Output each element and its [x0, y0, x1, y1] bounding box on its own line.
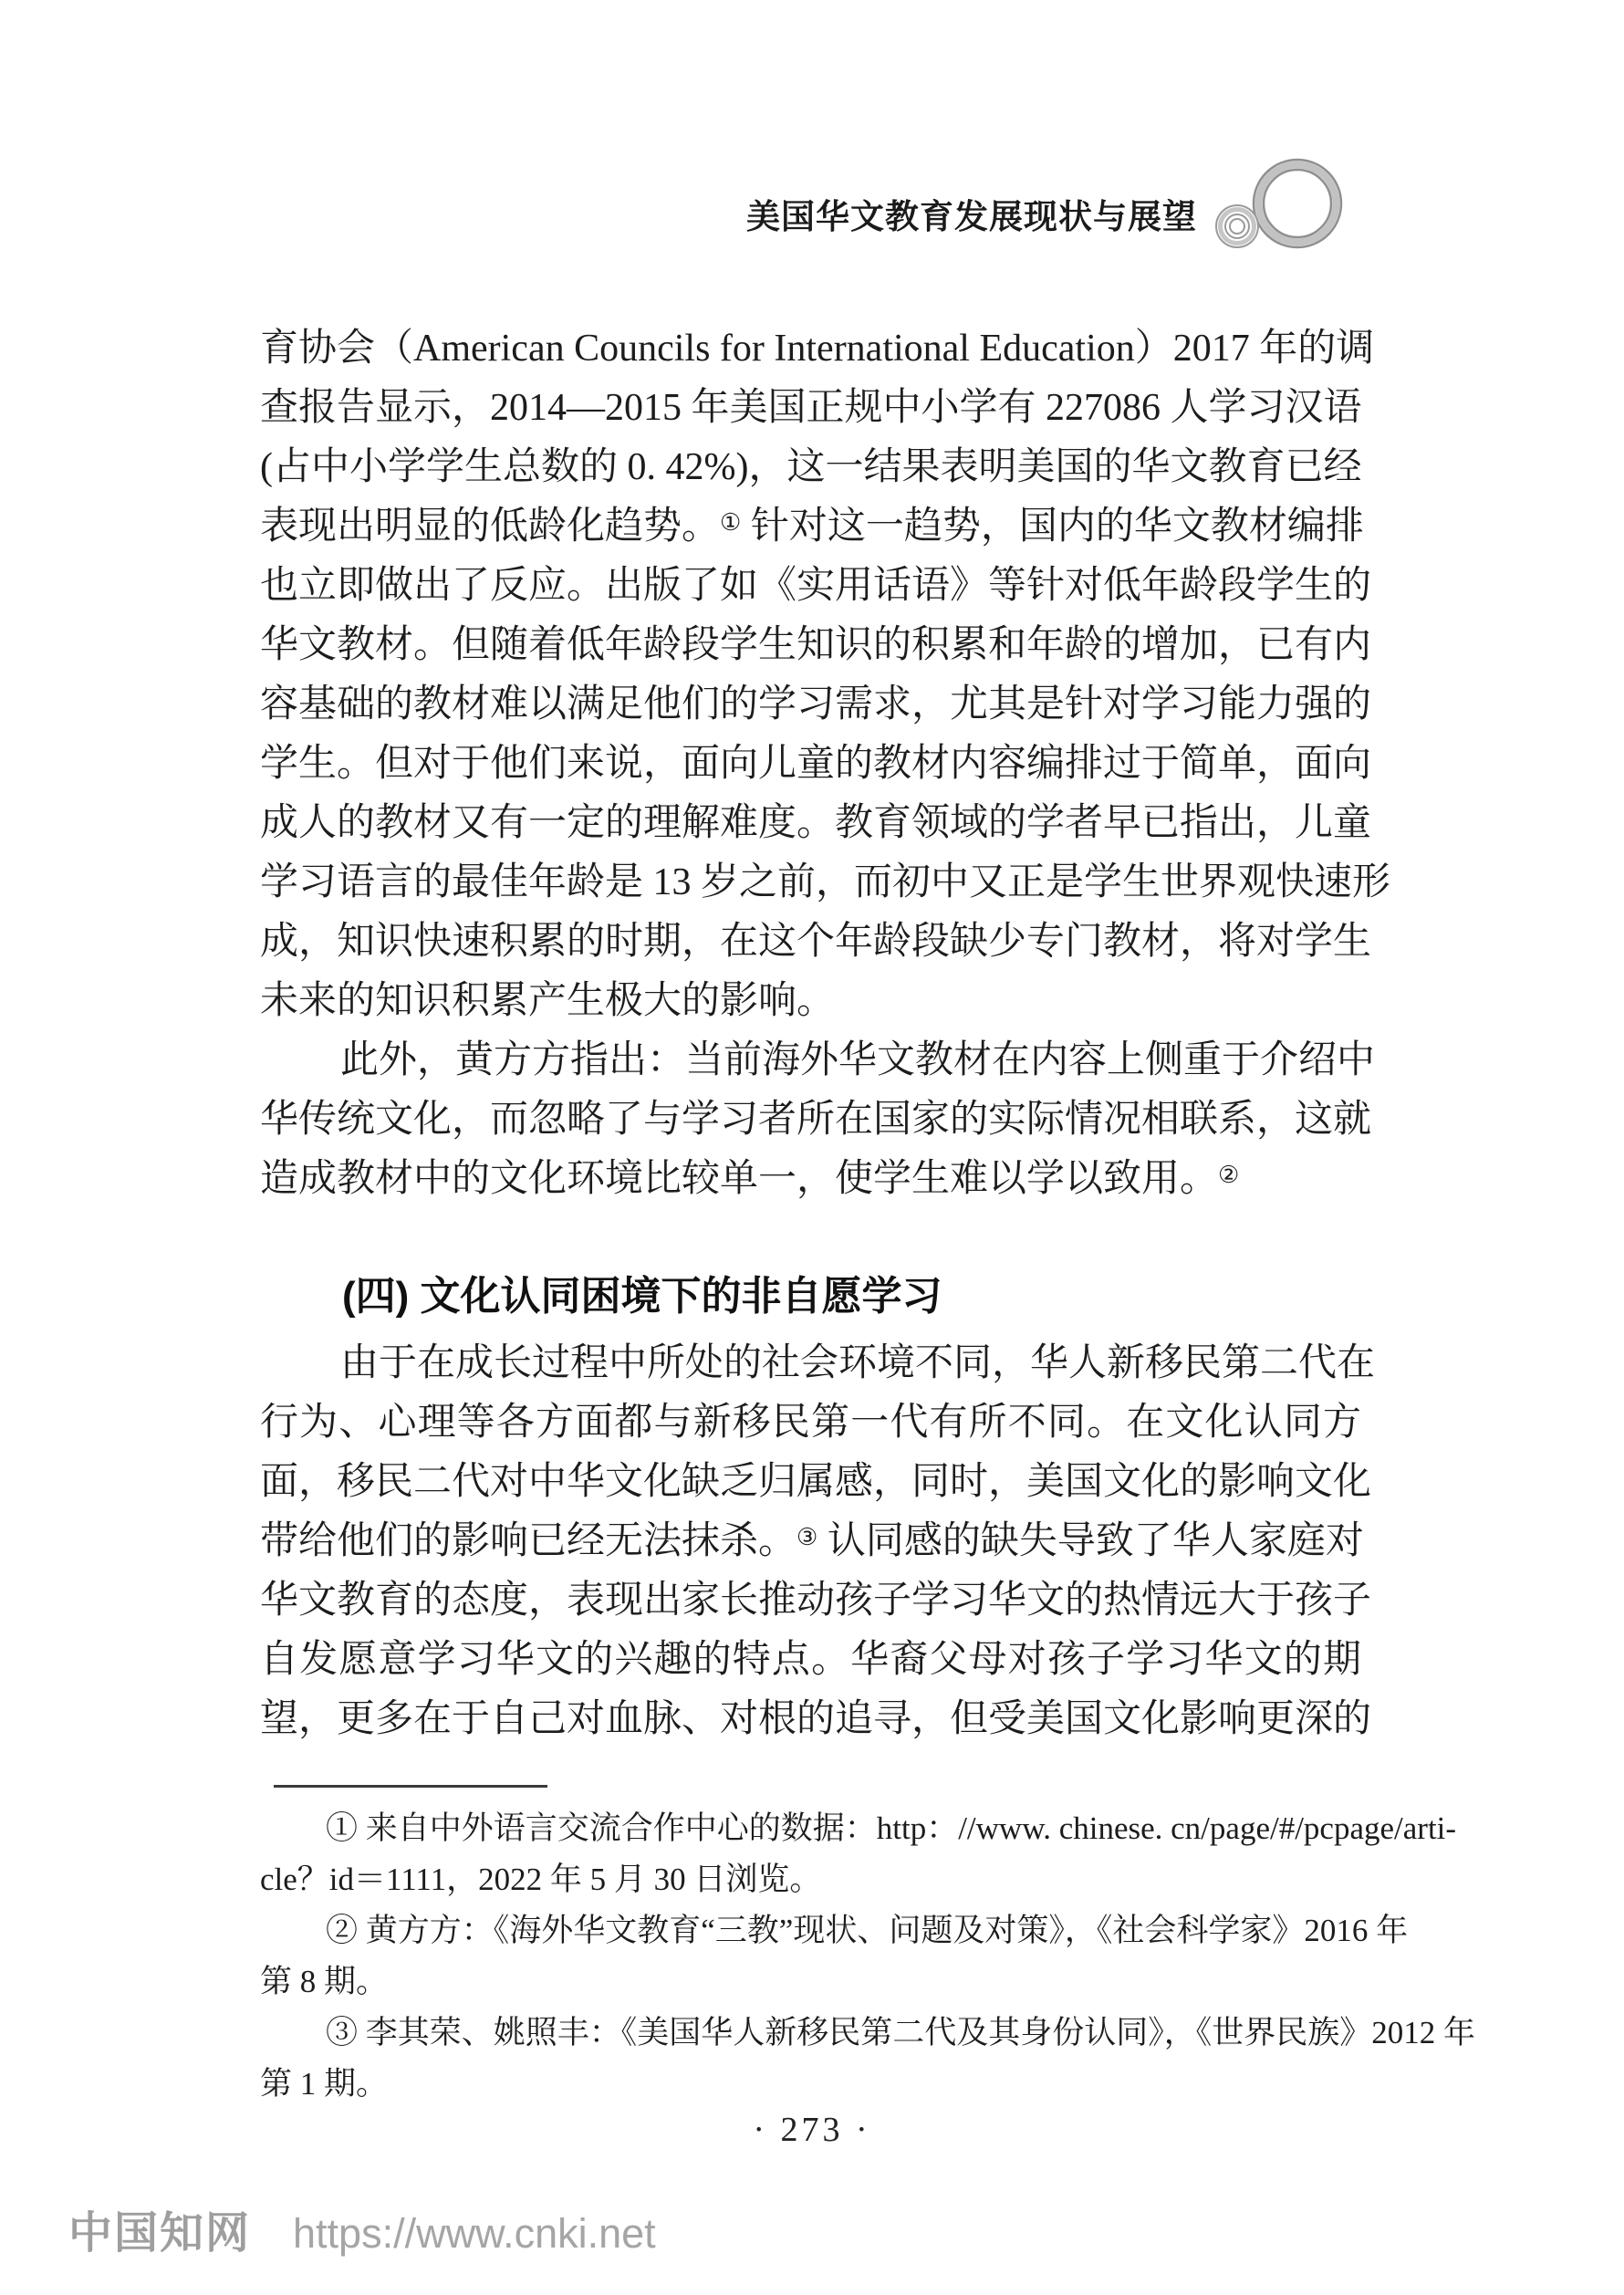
footnote-separator	[274, 1785, 547, 1788]
footnote-ref: ②	[1218, 1162, 1239, 1188]
body-line: 望，更多在于自己对血脉、对根的追寻，但受美国文化影响更深的	[260, 1690, 1361, 1749]
body-line: 容基础的教材难以满足他们的学习需求，尤其是针对学习能力强的	[260, 675, 1361, 735]
body-line: 华传统文化，而忽略了与学习者所在国家的实际情况相联系，这就	[260, 1090, 1361, 1150]
body-line: 成，知识快速积累的时期，在这个年龄段缺少专门教材，将对学生	[260, 913, 1361, 972]
body-line: 育协会（American Councils for International …	[260, 319, 1361, 379]
body-text-block-1: 育协会（American Councils for International …	[260, 319, 1361, 1209]
body-line: 成人的教材又有一定的理解难度。教育领域的学者早已指出，儿童	[260, 794, 1361, 853]
body-line: 查报告显示，2014—2015 年美国正规中小学有 227086 人学习汉语	[260, 379, 1361, 438]
body-line: 也立即做出了反应。出版了如《实用话语》等针对低年龄段学生的	[260, 557, 1361, 616]
rings-logo-icon	[1213, 153, 1350, 274]
cnki-brand-watermark: 中国知网	[68, 2197, 251, 2260]
cnki-url-watermark: https://www.cnki.net	[293, 2210, 656, 2258]
footnote-ref: ③	[796, 1524, 817, 1550]
page-number: · 273 ·	[0, 2110, 1624, 2150]
footnote-line: 第 8 期。	[260, 1956, 1361, 2008]
body-line: 表现出明显的低龄化趋势。① 针对这一趋势，国内的华文教材编排	[260, 497, 1361, 557]
page-header: 美国华文教育发展现状与展望	[746, 153, 1350, 274]
body-line: 华文教材。但随着低年龄段学生知识的积累和年龄的增加，已有内	[260, 616, 1361, 675]
body-line: 造成教材中的文化环境比较单一，使学生难以学以致用。②	[260, 1150, 1361, 1209]
body-line: 学习语言的最佳年龄是 13 岁之前，而初中又正是学生世界观快速形	[260, 853, 1361, 913]
running-title: 美国华文教育发展现状与展望	[746, 189, 1197, 238]
footnote-line: 第 1 期。	[260, 2059, 1361, 2110]
footnote-line: ③ 李其荣、姚照丰：《美国华人新移民第二代及其身份认同》，《世界民族》2012 …	[260, 2008, 1361, 2059]
body-line: 带给他们的影响已经无法抹杀。③ 认同感的缺失导致了华人家庭对	[260, 1512, 1361, 1571]
footnote-line: ① 来自中外语言交流合作中心的数据：http：//www. chinese. c…	[260, 1803, 1361, 1854]
footnote-line: ② 黄方方：《海外华文教育“三教”现状、问题及对策》，《社会科学家》2016 年	[260, 1905, 1361, 1956]
section-heading: (四) 文化认同困境下的非自愿学习	[260, 1271, 1361, 1322]
body-line: 由于在成长过程中所处的社会环境不同，华人新移民第二代在	[260, 1334, 1361, 1393]
body-line: 自发愿意学习华文的兴趣的特点。华裔父母对孩子学习华文的期	[260, 1631, 1361, 1690]
body-line: 面，移民二代对中华文化缺乏归属感，同时，美国文化的影响文化	[260, 1453, 1361, 1512]
footnotes-block: ① 来自中外语言交流合作中心的数据：http：//www. chinese. c…	[260, 1803, 1361, 2110]
footnote-ref: ①	[720, 509, 741, 536]
body-text-block-2: 由于在成长过程中所处的社会环境不同，华人新移民第二代在行为、心理等各方面都与新移…	[260, 1334, 1361, 1749]
body-line: 行为、心理等各方面都与新移民第一代有所不同。在文化认同方	[260, 1393, 1361, 1453]
body-line: 此外，黄方方指出：当前海外华文教材在内容上侧重于介绍中	[260, 1031, 1361, 1090]
body-line: 学生。但对于他们来说，面向儿童的教材内容编排过于简单，面向	[260, 735, 1361, 794]
body-line: 华文教育的态度，表现出家长推动孩子学习华文的热情远大于孩子	[260, 1571, 1361, 1631]
footnote-line: cle？id＝1111，2022 年 5 月 30 日浏览。	[260, 1854, 1361, 1905]
body-line: (占中小学学生总数的 0. 42%)，这一结果表明美国的华文教育已经	[260, 438, 1361, 497]
watermark-footer: 中国知网 https://www.cnki.net	[68, 2197, 656, 2260]
document-page: 美国华文教育发展现状与展望 育协会（American Councils for …	[0, 0, 1624, 2295]
body-line: 未来的知识积累产生极大的影响。	[260, 972, 1361, 1031]
